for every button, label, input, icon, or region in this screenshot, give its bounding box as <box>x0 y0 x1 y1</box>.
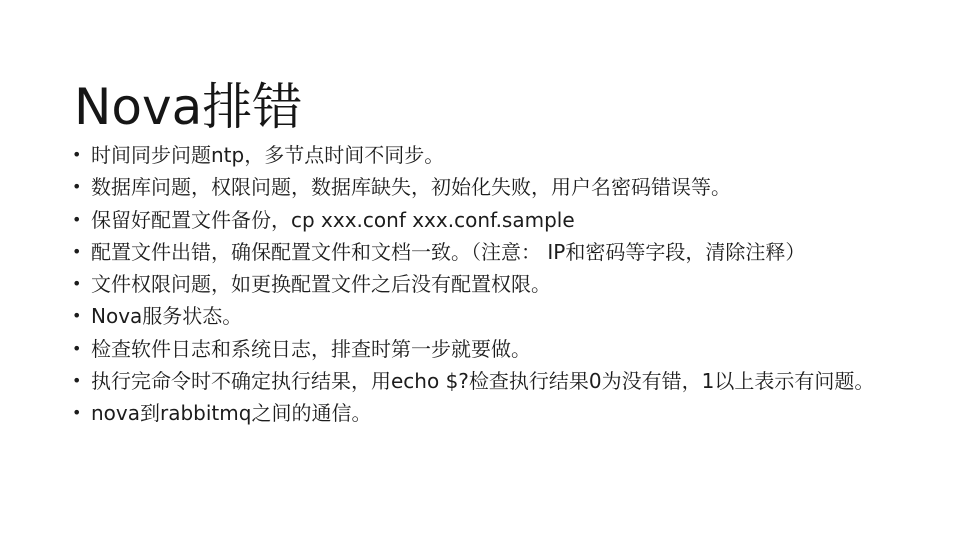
list-item: • 时间同步问题ntp，多节点时间不同步。 <box>72 139 940 171</box>
bullet-text: nova到rabbitmq之间的通信。 <box>91 397 940 429</box>
list-item: • Nova服务状态。 <box>72 300 940 332</box>
list-item: • 配置文件出错，确保配置文件和文档一致。（注意： IP和密码等字段，清除注释） <box>72 236 940 268</box>
bullet-text: Nova服务状态。 <box>91 300 940 332</box>
bullet-icon: • <box>72 204 91 236</box>
bullet-text: 检查软件日志和系统日志，排查时第一步就要做。 <box>91 333 940 365</box>
bullet-icon: • <box>72 171 91 203</box>
list-item: • 文件权限问题，如更换配置文件之后没有配置权限。 <box>72 268 940 300</box>
bullet-icon: • <box>72 236 91 268</box>
slide: Nova排错 • 时间同步问题ntp，多节点时间不同步。 • 数据库问题，权限问… <box>0 0 960 540</box>
bullet-icon: • <box>72 300 91 332</box>
bullet-icon: • <box>72 397 91 429</box>
bullet-text: 保留好配置文件备份，cp xxx.conf xxx.conf.sample <box>91 204 940 236</box>
bullet-text: 数据库问题，权限问题，数据库缺失，初始化失败，用户名密码错误等。 <box>91 171 940 203</box>
bullet-icon: • <box>72 268 91 300</box>
list-item: • 数据库问题，权限问题，数据库缺失，初始化失败，用户名密码错误等。 <box>72 171 940 203</box>
list-item: • 执行完命令时不确定执行结果，用echo $?检查执行结果0为没有错，1以上表… <box>72 365 940 397</box>
list-item: • 检查软件日志和系统日志，排查时第一步就要做。 <box>72 333 940 365</box>
bullet-text: 执行完命令时不确定执行结果，用echo $?检查执行结果0为没有错，1以上表示有… <box>91 365 940 397</box>
bullet-icon: • <box>72 333 91 365</box>
page-title: Nova排错 <box>74 78 302 136</box>
list-item: • 保留好配置文件备份，cp xxx.conf xxx.conf.sample <box>72 204 940 236</box>
bullet-list: • 时间同步问题ntp，多节点时间不同步。 • 数据库问题，权限问题，数据库缺失… <box>72 139 940 430</box>
bullet-text: 配置文件出错，确保配置文件和文档一致。（注意： IP和密码等字段，清除注释） <box>91 236 940 268</box>
bullet-text: 文件权限问题，如更换配置文件之后没有配置权限。 <box>91 268 940 300</box>
bullet-icon: • <box>72 139 91 171</box>
bullet-icon: • <box>72 365 91 397</box>
bullet-text: 时间同步问题ntp，多节点时间不同步。 <box>91 139 940 171</box>
list-item: • nova到rabbitmq之间的通信。 <box>72 397 940 429</box>
